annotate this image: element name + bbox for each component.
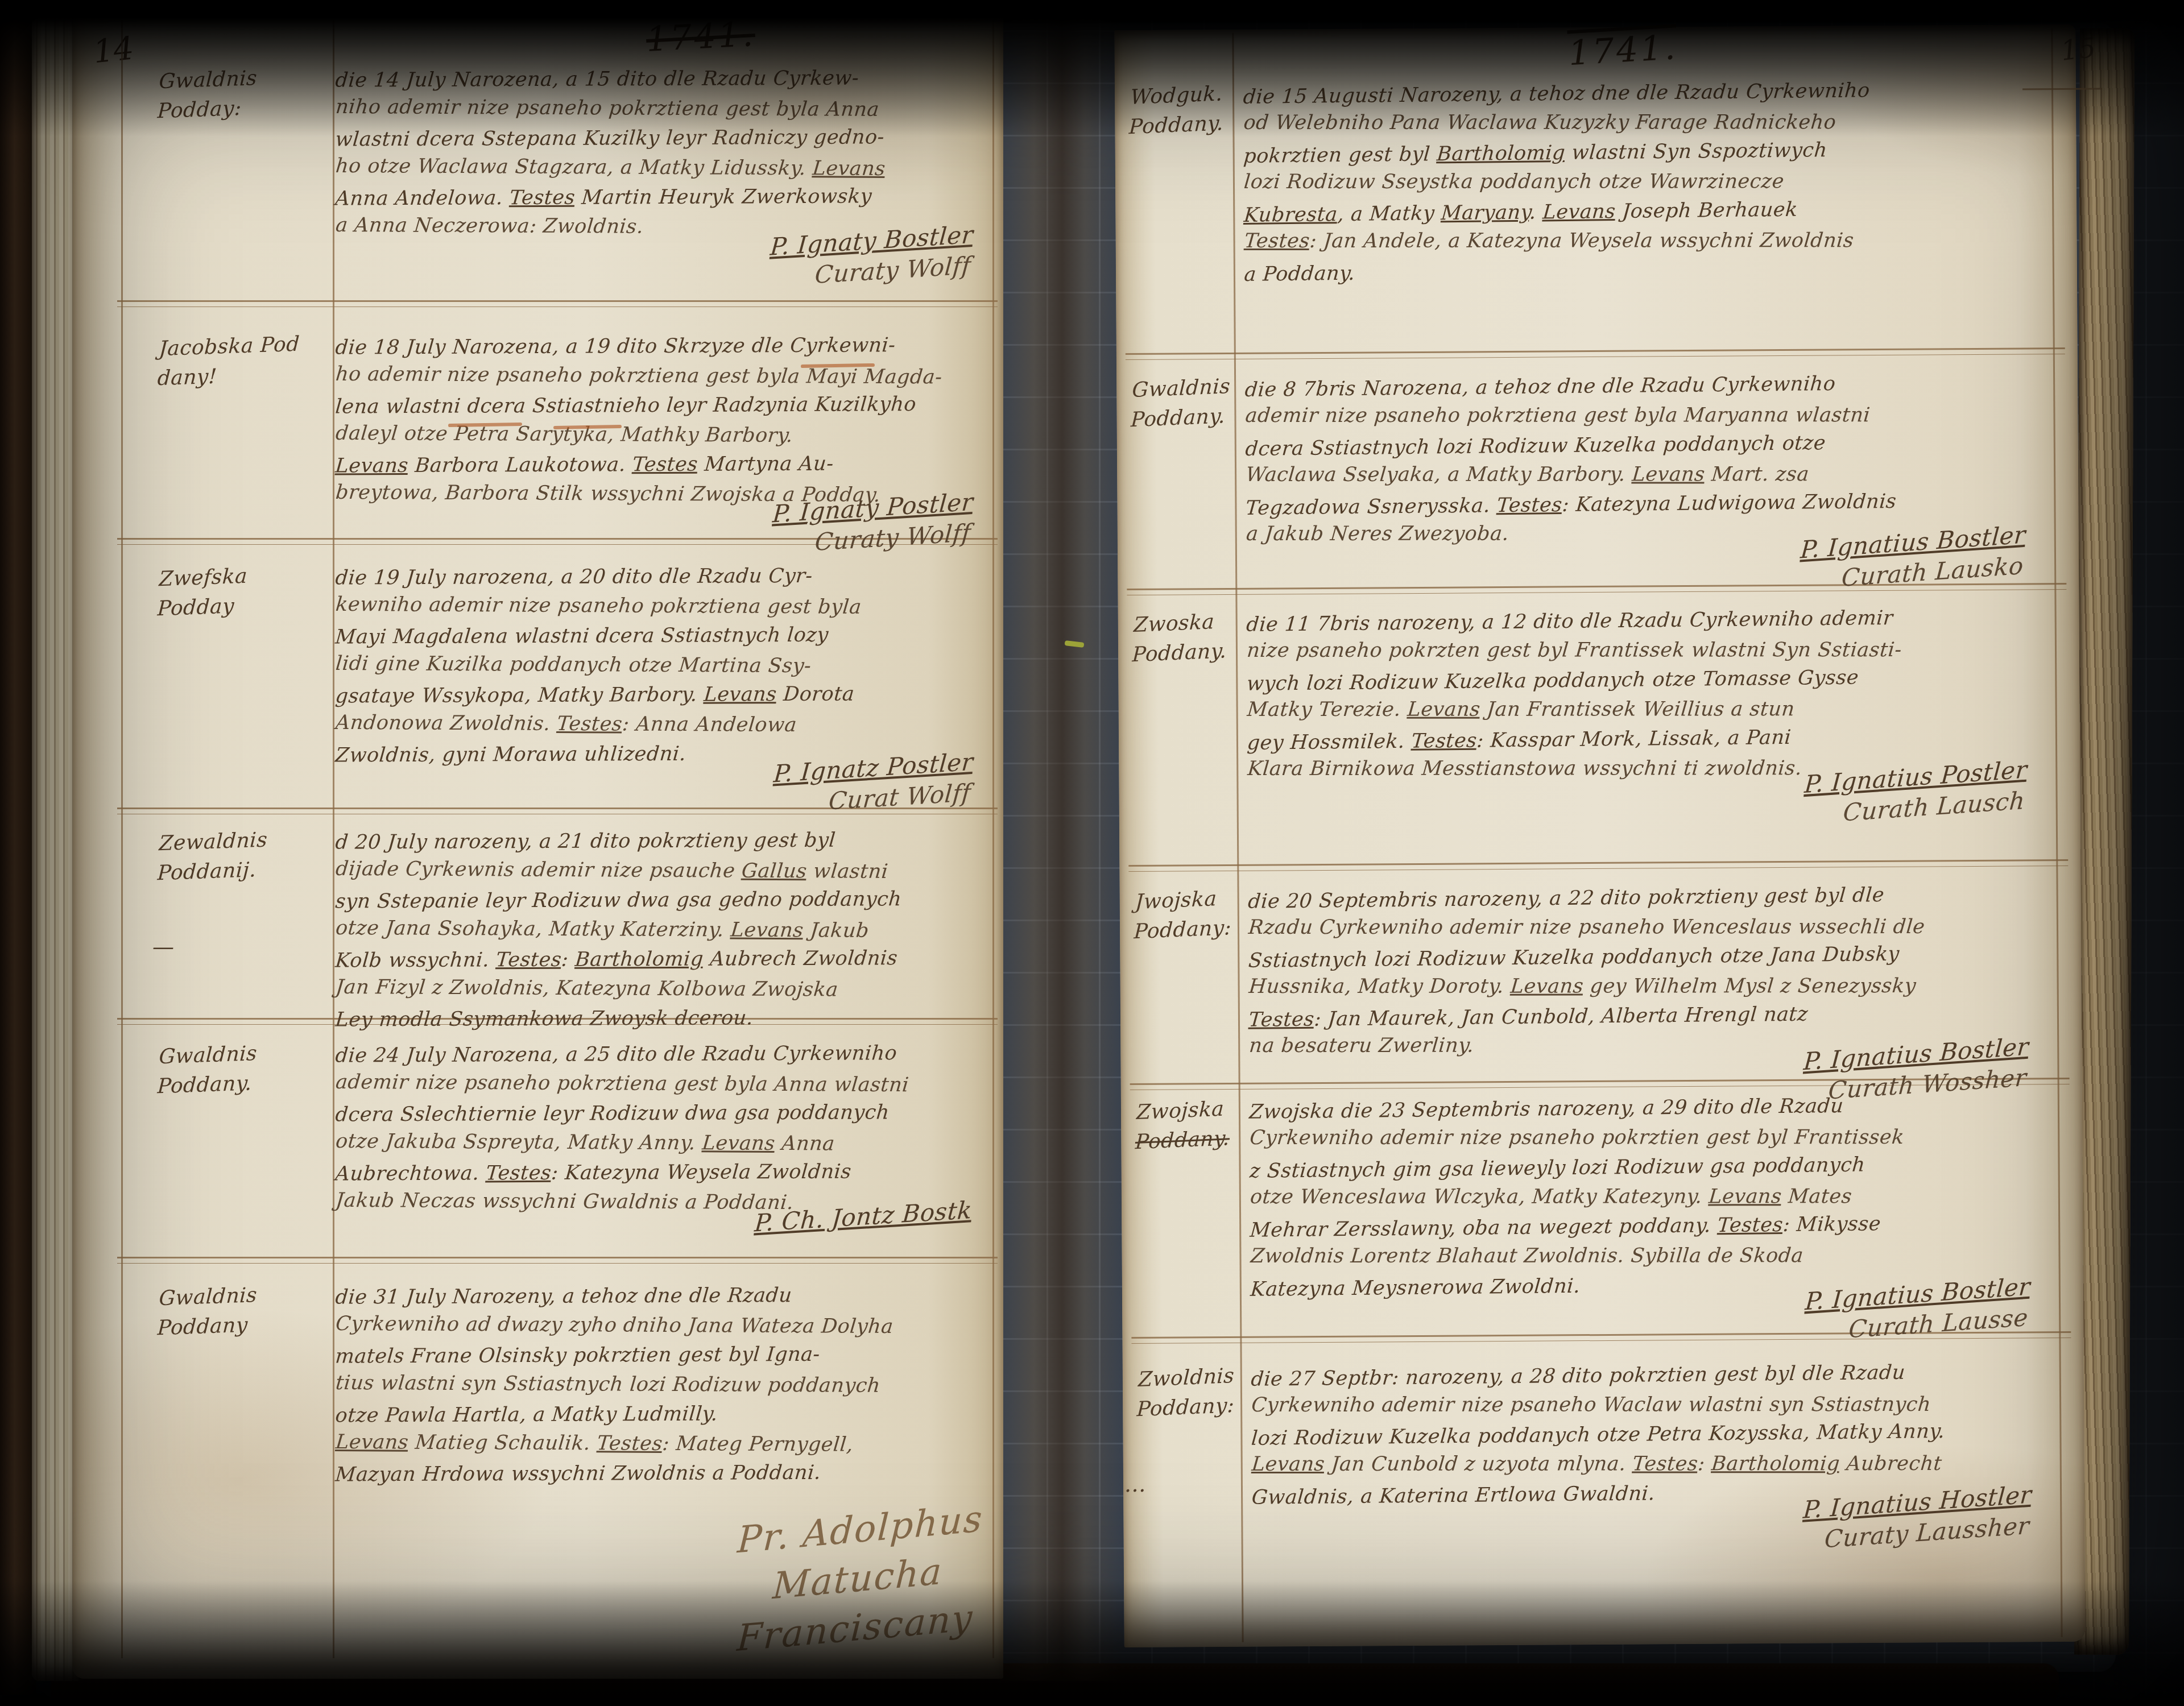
entry-line: kewniho ademir nize psaneho pokrztiena g…	[334, 590, 996, 623]
entry-line: pokrztien gest byl Bartholomig wlastni S…	[1242, 133, 2046, 171]
entry-line: Levans Jan Cunbold z uzyota mlyna. Teste…	[1251, 1449, 2055, 1479]
entry-line: nize psaneho pokrzten gest byl Frantisse…	[1246, 635, 2050, 665]
entry-line: Testes: Jan Maurek, Jan Cunbold, Alberta…	[1248, 997, 2052, 1035]
entry-margin-label: GwaldnisPoddany.	[1130, 372, 1232, 435]
entry-text: die 11 7bris narozeny, a 12 dito dle Rza…	[1247, 603, 2050, 844]
entry-line: Kolb wssychni. Testes: Bartholomig Aubre…	[334, 943, 997, 975]
entry-line: die 31 July Narozeny, a tehoz dne dle Rz…	[334, 1279, 997, 1312]
left-year-heading: 1741.	[645, 14, 756, 60]
entry-line: ho otze Waclawa Stagzara, a Matky Liduss…	[334, 151, 996, 184]
entry-line: Levans Matieg Schaulik. Testes: Mateg Pe…	[334, 1427, 996, 1460]
entry-margin-label: ZwoldnisPoddany:	[1136, 1361, 1239, 1425]
entry-text: die 14 July Narozena, a 15 dito dle Rzad…	[336, 64, 995, 300]
entry-text: die 20 Septembris narozeny, a 22 dito po…	[1248, 880, 2052, 1121]
entry-text: die 31 July Narozeny, a tehoz dne dle Rz…	[336, 1281, 995, 1488]
entry-line: die 11 7bris narozeny, a 12 dito dle Rza…	[1245, 602, 2049, 640]
entry-line: Anna Andelowa. Testes Martin Heuryk Zwer…	[334, 181, 997, 213]
entry-line: die 8 7bris Narozena, a tehoz dne dle Rz…	[1244, 367, 2048, 405]
margin-mark: ...	[1124, 1472, 1146, 1497]
entry-line: Mehrar Zersslawny, oba na wegezt poddany…	[1249, 1207, 2053, 1245]
ruled-column-line	[121, 20, 123, 1658]
entry-line: Kubresta, a Matky Maryany. Levans Joseph…	[1243, 192, 2047, 230]
entry-line: die 19 July narozena, a 20 dito dle Rzad…	[334, 560, 997, 593]
entry-line: wych lozi Rodizuw Kuzelka poddanych otze…	[1246, 661, 2050, 699]
entry-text: Zwojska die 23 Septembris narozeny, a 29…	[1250, 1091, 2053, 1361]
entry-line: die 15 Augusti Narozeny, a tehoz dne dle…	[1242, 74, 2046, 112]
entry-line: lozi Rodizuw Sseystka poddanych otze Waw…	[1243, 167, 2047, 197]
entry-line: Mazyan Hrdowa wssychni Zwoldnis a Poddan…	[334, 1457, 997, 1489]
entry-line: die 24 July Narozena, a 25 dito dle Rzad…	[334, 1038, 997, 1070]
entry-margin-label: ZewaldnisPoddanij.	[156, 823, 330, 889]
entry-text: die 8 7bris Narozena, a tehoz dne dle Rz…	[1245, 368, 2049, 609]
entry-line: z Sstiastnych gim gsa lieweyly lozi Rodi…	[1248, 1148, 2053, 1186]
entry-line: syn Sstepanie leyr Rodizuw dwa gsa gedno…	[334, 884, 997, 916]
entry-text: die 15 Augusti Narozeny, a tehoz dne dle…	[1243, 76, 2046, 288]
entry-margin-label: JwojskaPoddany:	[1133, 884, 1235, 947]
entry-line: ademir nize psaneho pokrztiena gest byla…	[334, 1067, 996, 1100]
entry-line: Ley modla Ssymankowa Zwoysk dcerou.	[334, 1002, 997, 1034]
entry-line: matels Frane Olsinsky pokrztien gest byl…	[334, 1339, 997, 1371]
entry-text: d 20 July narozeny, a 21 dito pokrztieny…	[336, 826, 995, 1033]
entry-line: Andonowa Zwoldnis. Testes: Anna Andelowa	[334, 708, 996, 741]
entry-line: gsataye Wssykopa, Matky Barbory. Levans …	[334, 678, 997, 711]
entry-margin-label: Gwaldnis Podday:	[156, 61, 330, 127]
entry-line: Testes: Jan Andele, a Katezyna Weysela w…	[1243, 226, 2047, 256]
entry-margin-label: Zwefska Podday	[156, 559, 330, 624]
entry-line: die 18 July Narozena, a 19 dito Skrzyze …	[334, 330, 997, 362]
entry-line: Mayi Magdalena wlastni dcera Sstiastnych…	[334, 619, 997, 652]
entry-line: niho ademir nize psaneho pokrztiena gest…	[334, 92, 996, 125]
entry-line: dcera Sslechtiernie leyr Rodizuw dwa gsa…	[334, 1097, 997, 1129]
entry-line: Cyrkewniho ademir nize psaneho Waclaw wl…	[1250, 1390, 2054, 1420]
entry-line: die 20 Septembris narozeny, a 22 dito po…	[1247, 879, 2051, 917]
entry-line: Zwojska die 23 Septembris narozeny, a 29…	[1248, 1089, 2053, 1127]
right-year-heading: 1741.	[1567, 27, 1679, 73]
entry-line: ho ademir nize psaneho pokrztiena gest b…	[334, 359, 996, 392]
entry-line: Cyrkewniho ademir nize psaneho pokrztien…	[1248, 1123, 2053, 1153]
entry-line: Jan Fizyl z Zwoldnis, Katezyna Kolbowa Z…	[334, 972, 996, 1005]
entry-text: die 18 July Narozena, a 19 dito Skrzyze …	[336, 332, 995, 567]
book-gutter-fold	[996, 15, 1123, 1681]
entry-line: gey Hossmilek. Testes: Kasspar Mork, Lis…	[1246, 720, 2050, 758]
entry-line: die 14 July Narozena, a 15 dito dle Rzad…	[334, 63, 997, 95]
left-page-number: 14	[92, 30, 136, 71]
entry-line: wlastni dcera Sstepana Kuzilky leyr Radn…	[334, 122, 997, 154]
entry-margin-label: GwaldnisPoddany.	[156, 1037, 330, 1102]
margin-mark: —	[152, 934, 175, 959]
entry-line: dcera Sstiastnych lozi Rodizuw Kuzelka p…	[1244, 426, 2049, 464]
entry-line: otze Wenceslawa Wlczyka, Matky Katezyny.…	[1249, 1182, 2053, 1212]
entry-line: die 27 Septbr: narozeny, a 28 dito pokrz…	[1250, 1356, 2054, 1394]
entry-line: Levans Barbora Laukotowa. Testes Martyna…	[334, 448, 997, 481]
entry-line: Aubrechtowa. Testes: Katezyna Weysela Zw…	[334, 1156, 997, 1189]
entry-line: Sstiastnych lozi Rodizuw Kuzelka poddany…	[1247, 938, 2051, 976]
entry-line: otze Pawla Hartla, a Matky Ludmilly.	[334, 1398, 997, 1430]
entry-line: tius wlastni syn Sstiastnych lozi Rodizu…	[334, 1368, 996, 1401]
right-page: 15 1741. Wodguk.Poddany.die 15 Augusti N…	[1114, 24, 2085, 1647]
entry-line: dijade Cyrkewnis ademir nize psauche Gal…	[334, 854, 996, 887]
entry-line: lena wlastni dcera Sstiastnieho leyr Rad…	[334, 389, 997, 421]
left-page-edges-stack	[32, 15, 78, 1681]
franciscan-colophon-signature: Pr. AdolphusMatuchaFranciscany	[706, 1492, 1009, 1666]
entry-line: ademir nize psaneho pokrztiena gest byla…	[1244, 400, 2049, 430]
entry-line: od Welebniho Pana Waclawa Kuzyzky Farage…	[1242, 107, 2046, 138]
entry-line: Tegzadowa Ssnerysska. Testes: Katezyna L…	[1244, 485, 2049, 523]
entry-text: die 27 Septbr: narozeny, a 28 dito pokrz…	[1251, 1358, 2054, 1569]
entry-line: otze Jakuba Sspreyta, Matky Anny. Levans…	[334, 1127, 996, 1160]
entry-margin-label: Jacobska Poddany!	[156, 329, 330, 394]
entry-line: Hussnika, Matky Doroty. Levans gey Wilhe…	[1248, 971, 2052, 1001]
entry-line: Rzadu Cyrkewniho ademir nize psaneho Wen…	[1247, 912, 2051, 942]
entry-line: Waclawa Sselyaka, a Matky Barbory. Levan…	[1244, 459, 2049, 490]
entry-line: Cyrkewniho ad dwazy zyho dniho Jana Wate…	[334, 1309, 996, 1342]
parish-register-photo: 14 1741. Gwaldnis Podday:die 14 July Nar…	[0, 0, 2184, 1706]
entry-line: a Poddany.	[1243, 251, 2047, 289]
entry-margin-label: Wodguk.Poddany.	[1128, 79, 1231, 142]
entry-line: otze Jana Ssohayka, Matky Katerziny. Lev…	[334, 913, 996, 946]
entry-line: Matky Terezie. Levans Jan Frantissek Wei…	[1246, 694, 2050, 724]
right-page-number: 15	[2059, 32, 2098, 67]
entry-line: Zwoldnis Lorentz Blahaut Zwoldnis. Sybil…	[1250, 1241, 2054, 1271]
left-page: 14 1741. Gwaldnis Podday:die 14 July Nar…	[73, 16, 1003, 1679]
entry-text: die 24 July Narozena, a 25 dito dle Rzad…	[336, 1040, 995, 1244]
entry-line: daleyl otze Petra Sarytyka, Mathky Barbo…	[334, 419, 996, 452]
entry-line: lozi Rodizuw Kuzelka poddanych otze Petr…	[1250, 1415, 2054, 1454]
book-spine-leather	[0, 6, 36, 1695]
entry-margin-label: ZwojskaPoddany.	[1135, 1094, 1237, 1157]
ruled-separator-line	[117, 1257, 998, 1264]
entry-margin-label: GwaldnisPoddany	[156, 1278, 330, 1344]
entry-line: lidi gine Kuzilka poddanych otze Martina…	[334, 649, 996, 682]
entry-line: d 20 July narozeny, a 21 dito pokrztieny…	[334, 825, 997, 857]
entry-margin-label: ZwoskaPoddany.	[1132, 607, 1234, 670]
entry-text: die 19 July narozena, a 20 dito dle Rzad…	[336, 562, 995, 827]
ruled-separator-line	[1126, 347, 2065, 360]
